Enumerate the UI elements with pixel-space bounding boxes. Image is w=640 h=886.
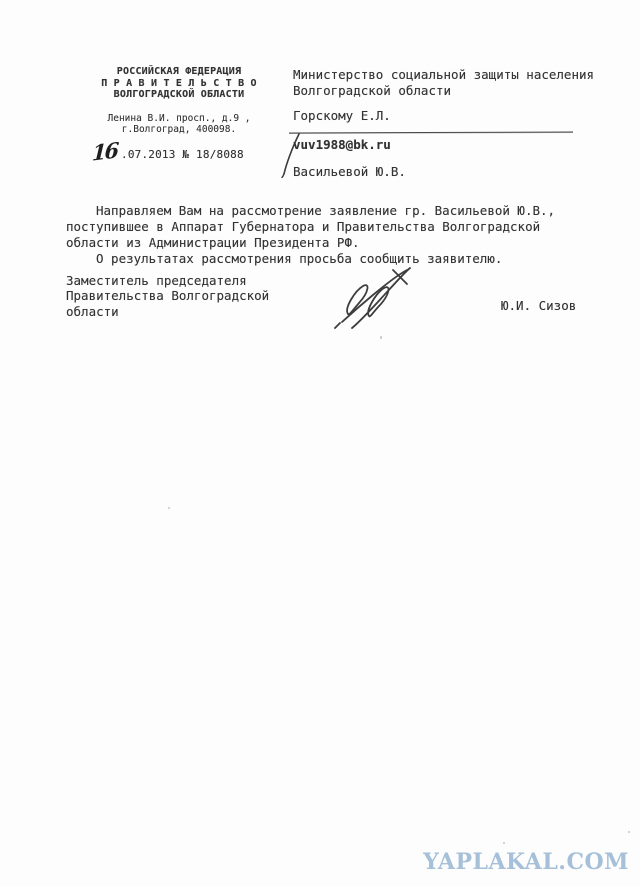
recipient-org-line2: Волгоградской области [293, 83, 623, 99]
scan-speck [503, 842, 505, 844]
recipient-addressee-1: Горскому Е.Л. [293, 108, 391, 123]
date-number-line: .07.2013 № 18/8088 [121, 148, 244, 161]
recipient-addressee-2: Васильевой Ю.В. [293, 164, 406, 179]
recipient-email: vuv1988@bk.ru [293, 137, 391, 152]
sender-address: Ленина В.И. просп., д.9 , г.Волгоград, 4… [88, 113, 270, 135]
recipient-org-line1: Министерство социальной защиты населения [293, 67, 623, 83]
watermark-logo: YAPLAKAL.COM [423, 849, 629, 875]
body-line-3: области из Администрации Президента РФ. [66, 235, 360, 250]
handwritten-date-day: 16 [91, 137, 117, 165]
scan-speck [168, 507, 170, 509]
scan-speck [628, 831, 630, 833]
sender-address-line2: г.Волгоград, 400098. [88, 124, 270, 135]
sender-letterhead: РОССИЙСКАЯ ФЕДЕРАЦИЯ П Р А В И Т Е Л Ь С… [88, 66, 270, 101]
sender-country: РОССИЙСКАЯ ФЕДЕРАЦИЯ [88, 66, 270, 78]
signer-title-line3: области [66, 304, 119, 319]
recipient-org: Министерство социальной защиты населения… [293, 67, 623, 99]
horizontal-rule [289, 132, 573, 134]
handwritten-checkmark [280, 128, 304, 178]
sender-address-line1: Ленина В.И. просп., д.9 , [88, 113, 270, 124]
sender-region: ВОЛГОГРАДСКОЙ ОБЛАСТИ [88, 89, 270, 101]
signature-scribble [322, 263, 422, 335]
signer-title-line1: Заместитель председателя [66, 273, 247, 288]
scan-speck [380, 336, 382, 339]
body-line-4: О результатах рассмотрения просьба сообщ… [96, 251, 502, 266]
signer-title-line2: Правительства Волгоградской [66, 288, 269, 303]
sender-org: П Р А В И Т Е Л Ь С Т В О [88, 78, 270, 90]
signer-name: Ю.И. Сизов [501, 298, 576, 313]
body-line-2: поступившее в Аппарат Губернатора и Прав… [66, 219, 540, 234]
scanned-letter-page: РОССИЙСКАЯ ФЕДЕРАЦИЯ П Р А В И Т Е Л Ь С… [0, 0, 640, 886]
body-line-1: Направляем Вам на рассмотрение заявление… [96, 203, 555, 218]
